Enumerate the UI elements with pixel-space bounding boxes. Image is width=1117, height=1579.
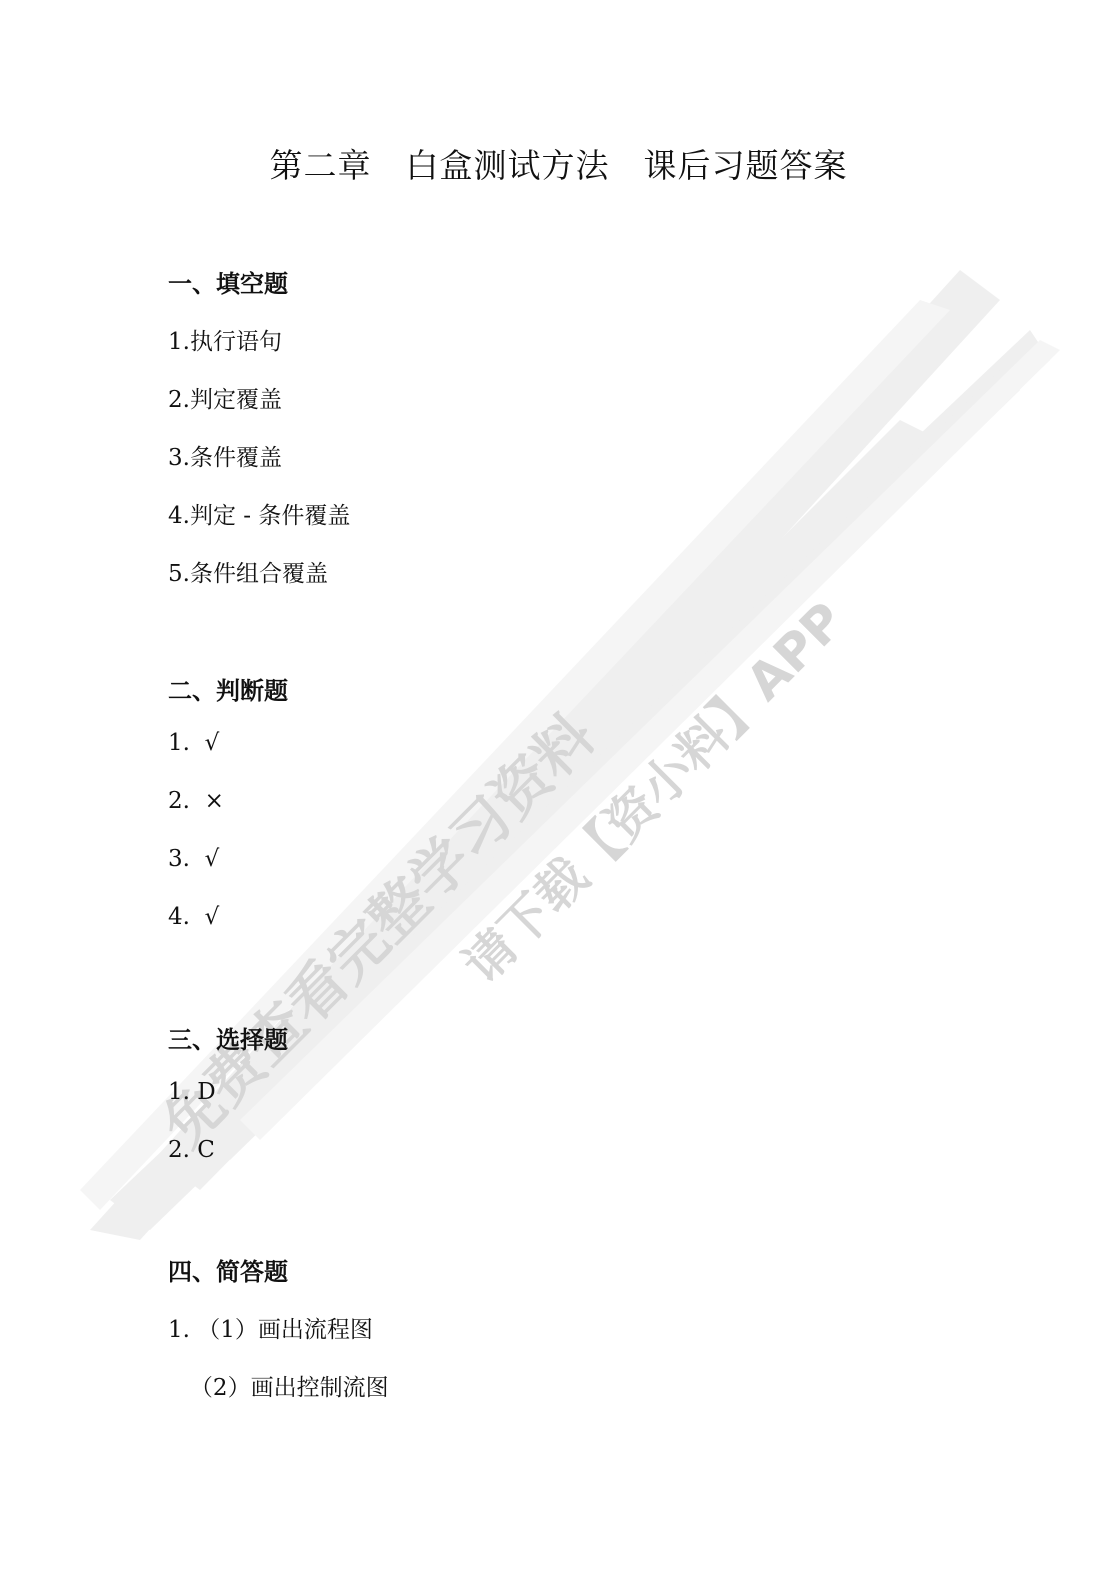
section-heading-true-false: 二、判断题: [168, 671, 288, 706]
answer-item: 5.条件组合覆盖: [168, 555, 328, 588]
answer-item: 2. C: [168, 1137, 215, 1163]
answer-item: 3. √: [168, 846, 219, 872]
answer-item: 2.判定覆盖: [168, 381, 282, 414]
answer-item: 1. （1）画出流程图: [168, 1311, 373, 1344]
answer-item: （2）画出控制流图: [168, 1369, 389, 1402]
section-heading-fill-blank: 一、填空题: [168, 264, 288, 299]
answer-item: 1.执行语句: [168, 323, 282, 356]
answer-item: 3.条件覆盖: [168, 439, 282, 472]
section-heading-short-answer: 四、简答题: [168, 1252, 288, 1287]
answer-item: 1. √: [168, 730, 219, 756]
answer-item: 2. ×: [168, 788, 224, 814]
answer-item: 4.判定 - 条件覆盖: [168, 497, 350, 530]
page-title: 第二章 白盒测试方法 课后习题答案: [0, 140, 1117, 187]
section-heading-multiple-choice: 三、选择题: [168, 1020, 288, 1055]
answer-item: 1. D: [168, 1079, 216, 1105]
answer-item: 4. √: [168, 904, 219, 930]
